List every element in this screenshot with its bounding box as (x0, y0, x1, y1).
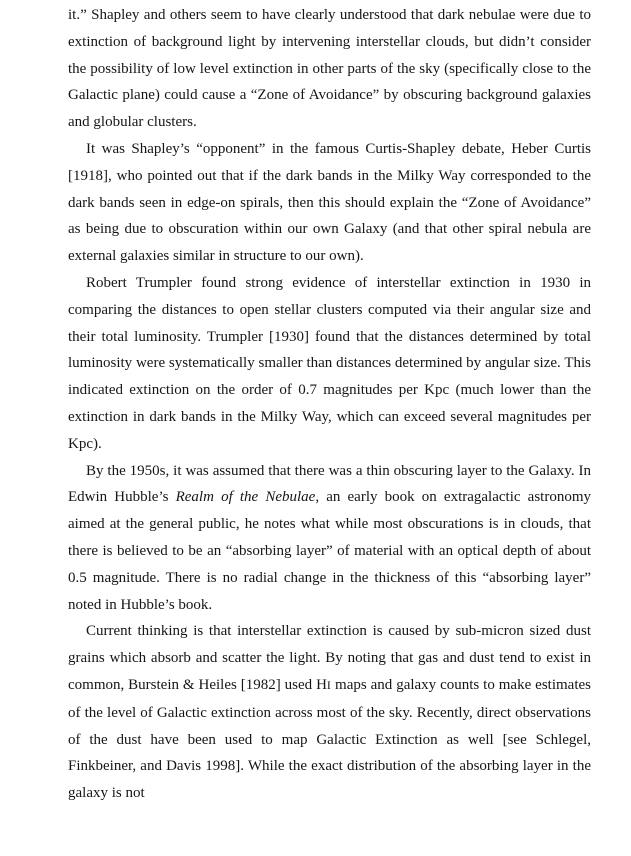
body-text-column: it.” Shapley and others seem to have cle… (68, 2, 591, 807)
paper-page: it.” Shapley and others seem to have cle… (0, 0, 631, 856)
paragraph-hubble: By the 1950s, it was assumed that there … (68, 458, 591, 619)
book-title-italic: Realm of the Nebulae (176, 489, 316, 505)
paragraph-text: It was Shapley’s “opponent” in the famou… (68, 141, 591, 264)
paragraph-text: Robert Trumpler found strong evidence of… (68, 275, 591, 452)
paragraph-trumpler: Robert Trumpler found strong evidence of… (68, 270, 591, 458)
paragraph-text: it.” Shapley and others seem to have cle… (68, 7, 591, 130)
paragraph-continuation: it.” Shapley and others seem to have cle… (68, 2, 591, 136)
paragraph-curtis-shapley: It was Shapley’s “opponent” in the famou… (68, 136, 591, 270)
paragraph-text: , an early book on extragalactic astrono… (68, 489, 591, 612)
paragraph-text: maps and galaxy counts to make estimates… (68, 677, 591, 801)
paragraph-current-thinking: Current thinking is that interstellar ex… (68, 618, 591, 807)
